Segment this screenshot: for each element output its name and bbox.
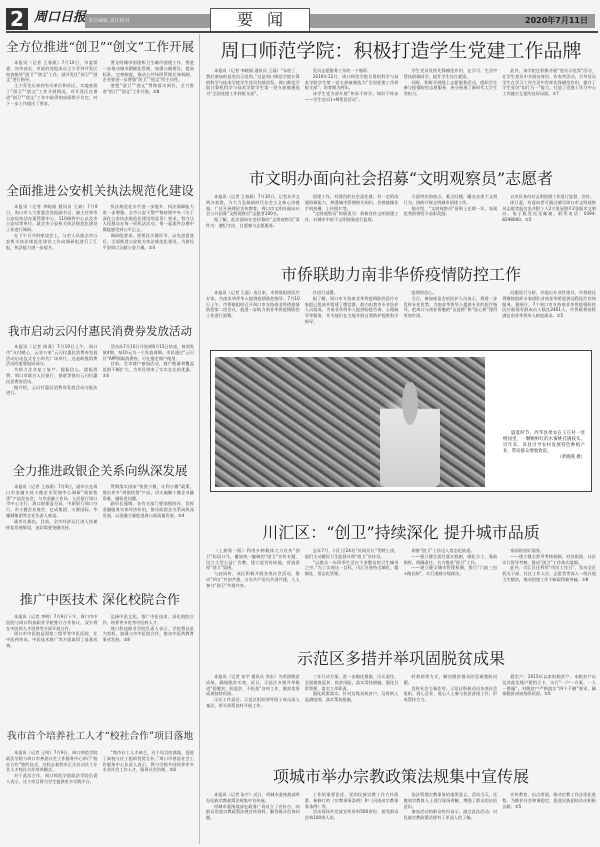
- article-column: 弘扬中医文化，推广中医技术，深化校院合作，培养更多优秀中医药人才。周口科技职业学…: [103, 614, 195, 649]
- article-column: 学生党员发挥先锋模范作用，在学习、生活中帮扶困难同学，提升学生综合素质。同时，积…: [404, 68, 498, 103]
- article-headline: 全方位推进“创卫”“创文”工作开展: [6, 38, 194, 56]
- article-zknu[interactable]: 周口师范学院：积极打造学生党建工作品牌 本报讯（记者 李晓丽 通讯员 王磊）“年…: [206, 38, 596, 138]
- article-column: 助推“创卫”工作迈入常态化轨道。——建立健全责任落实机制，细化分工，靠前指挥，明…: [404, 548, 498, 589]
- article-column: 本报讯（记者 朱宇）近日，项城市委统战部举办民族宗教政策法规集中宣传展。项城市委…: [206, 792, 300, 821]
- article-column: 作进行部署。据了解，周口市支持南非华侨疫情防控医疗专家组已组成并组建了微信群，群…: [305, 290, 399, 325]
- photo-caption: 盛夏时节，西华县果农在王庄村一处桃园里，一颗颗鲜红的水蜜桃挂满枝头。近年来，该县…: [503, 431, 585, 461]
- editor-bar: 责任编辑 责任校对: [85, 14, 210, 28]
- article-headline: 全面推进公安机关执法规范化建设: [6, 182, 194, 200]
- section-title: 要闻: [210, 8, 310, 32]
- article-column: 家园的良好氛围。——建立健全督导考核机制，对各街道、社区实行督导考核，推动“创卫…: [502, 548, 596, 589]
- article-column: 本报讯（记者 李晓丽 通讯员 王斌）7月9日，周口市人大常委会党组副书记、副主任…: [6, 204, 98, 250]
- article-headline: 市文明办面向社会招募“文明观察员”志愿者: [206, 168, 596, 190]
- article-column: 本报讯（记者 李晓丽 通讯员 王磊）“年底了，我们参加的是党员示范岗。”这是周口…: [206, 68, 300, 103]
- article-column: 本报讯（记者 王春燕）7月10日，市委常委、宣传部长、市政府党组成员王少青到开发…: [6, 60, 98, 106]
- article-column: 稳定户、2015年以来的脱贫户、未脱贫户以及其他边缘户建档立卡，实行“一户一方案…: [502, 674, 596, 709]
- page-number: 2: [6, 8, 28, 30]
- photo-subject: [380, 382, 440, 487]
- photo-credit: （黄晓燕 摄）: [503, 455, 585, 461]
- article-column: 党员志愿服务工作的一个缩影。2019年12月，周口师范学院计算机科学与技术学院学…: [305, 68, 399, 103]
- article-overseas-chinese[interactable]: 市侨联助力南非华侨疫情防控工作 本报讯（记者 王磊）连日来，市侨联组织医疗专家，…: [206, 264, 596, 346]
- column-divider: [199, 34, 200, 844]
- article-column: 创建工作，有强烈的社会责任感；有一定的沟通协调能力，熟悉城市管理相关知识，会熟练…: [305, 194, 399, 229]
- article-headline: 全力推进政银企关系向纵深发展: [6, 462, 194, 480]
- article-column: 以市民身份对文明创建工作进行监督、宣传。即日起，有意向者可通过填写周口市文明观察…: [502, 194, 596, 229]
- article-headline: 项城市举办宗教政策法规集中宣传展: [206, 766, 596, 788]
- article-headline: 推广中医技术 深化校院合作: [6, 592, 194, 610]
- article-column: 工作的重要论述、党的民族宗教工作方针政策、新修订的《宗教事务条例》和《河南省宗教…: [305, 792, 399, 821]
- article-column: 执法规范化水平进一步提升，执法保障能力进一步增强。全市公安干警严格按照中央《关于…: [103, 204, 195, 250]
- article-column: 贯彻落实国家“快贷小微，让利小微”政策，推出更多“周银快贷”产品，切实破解小微企…: [103, 484, 195, 530]
- article-headline: 我市启动云闪付惠民消费券发放活动: [6, 322, 194, 340]
- article-religious-policy[interactable]: 项城市举办宗教政策法规集中宣传展 本报讯（记者 朱宇）近日，项城市委统战部举办民…: [206, 766, 596, 846]
- article-column: 此外，该学院还积极开展“党员示范岗”活动，在学生党员中开展亮身份、作表率活动，引…: [502, 68, 596, 103]
- article-column: 依法管理宗教事务的重要意义。活动当天，还邀请宗教界人士进行现场讲解，增强了群众的…: [404, 792, 498, 821]
- article-column: 本报讯（记者 王磊）连日来，市侨联组织医疗专家，为南非华侨华人提供疫情防控指导。…: [206, 290, 300, 325]
- article-column: 本报讯（记者 朱宇 通讯员 李东）为巩固脱贫成果，确保脱贫实效，近日，示范区多措…: [206, 674, 300, 709]
- article-headline: 我市首个培养社工人才“校社合作”项目落地: [6, 728, 194, 746]
- article-column: 本报讯（记者 王春燕）7月9日，副市长在周口市金融支持小微企业发展中心调研“周银…: [6, 484, 98, 530]
- header-rule: [6, 31, 598, 33]
- article-column: 三年行动方案，进一步细化措施，压实责任，全面排查返贫、致贫风险，落实帮扶措施，强…: [305, 674, 399, 709]
- article-chuangwei[interactable]: 全方位推进“创卫”“创文”工作开展 本报讯（记者 王春燕）7月10日，市委常委、…: [6, 38, 194, 178]
- article-column: 要文明城市创建和卫生城市创建工作，要进一步推动城市精细化管理，加强公厕建设，提高…: [103, 60, 195, 106]
- article-column: 问题进行分析，并提出专业性建议。市侨联还将继续组织专家团队对南非华侨提供远程医疗…: [502, 290, 596, 325]
- page-header: 2 周口日报 责任编辑 责任校对 要闻 2020年7月11日: [0, 0, 600, 32]
- article-civilization[interactable]: 市文明办面向社会招募“文明观察员”志愿者 本报讯（记者 王春燕）7月10日，记者…: [206, 168, 596, 260]
- article-column: 本报讯（记者 王春燕）7月10日，记者从市文明办获悉，为大力弘扬新时代社会主义核…: [206, 194, 300, 229]
- article-column: “我市社工人才缺乏，这个项目的落地，促进了高校与社工组织优势互补。”周口市善思社…: [103, 750, 195, 785]
- news-photo[interactable]: [215, 357, 485, 487]
- article-police[interactable]: 全面推进公安机关执法规范化建设 本报讯（记者 李晓丽 通讯员 王斌）7月9日，周…: [6, 182, 194, 322]
- article-poverty[interactable]: 示范区多措并举巩固脱贫成果 本报讯（记者 朱宇 通讯员 李东）为巩固脱贫成果，确…: [206, 648, 596, 760]
- article-headline: 示范区多措并举巩固脱贫成果: [206, 648, 596, 670]
- article-column: 本报讯（记者 陈燕）7月10日上午，周口市“支付暖心，云享万家”云闪付惠民消费券…: [6, 344, 98, 396]
- article-column: 宣传教育，以点带面，推动宗教工作法治化进程，为维护社会和谐稳定，促进民族团结作出…: [502, 792, 596, 821]
- newspaper-masthead: 周口日报: [34, 10, 86, 26]
- article-column: 去年7月，川汇区24名“民间河长”受聘上岗，他们主动做好卫生监督员和“创卫”宣传…: [305, 548, 399, 589]
- article-yunshanfu[interactable]: 我市启动云闪付惠民消费券发放活动 本报讯（记者 陈燕）7月10日上午，周口市“支…: [6, 322, 194, 462]
- article-column: 时救助等方式，解决脱贫群众的急难愁盼问题。发挥社会力量作用。示范区积极动员各类社…: [404, 674, 498, 709]
- article-column: （上接第一版）利用多种载体大力宣传“创卫”标语口号，播放统一编制的“创卫”宣传专…: [206, 548, 300, 589]
- article-gov-bank[interactable]: 全力推进政银企关系向纵深发展 本报讯（记者 王春燕）7月9日，副市长在周口市金融…: [6, 462, 194, 590]
- article-headline: 市侨联助力南非华侨疫情防控工作: [206, 264, 596, 286]
- article-column: 活动从7月10日开始到8月15日结束，每周发放4期，每10元为一个发放周期。市民…: [103, 344, 195, 396]
- article-headline: 周口师范学院：积极打造学生党建工作品牌: [206, 38, 596, 64]
- article-chuanhui[interactable]: 川汇区：“创卫”持续深化 提升城市品质 （上接第一版）利用多种载体大力宣传“创卫…: [206, 522, 596, 634]
- article-column: 本报讯（记者 李明）7月9日下午，周口市中医院与周口科技职业学院签订合作协议，双…: [6, 614, 98, 649]
- article-column: 方面突出的热点、难点问题，曝光各类不文明行为，协助开展文明城市创建工作。据介绍，…: [404, 194, 498, 229]
- article-column: 疫情的信心。当日，参加座谈会的医护人员表示，将进一步发挥专业优势，为南非华侨华人…: [404, 290, 498, 325]
- article-school-social[interactable]: 我市首个培养社工人才“校社合作”项目落地 本报讯（记者 王明）7月9日，周口师范…: [6, 728, 194, 844]
- article-column: 本报讯（记者 王明）7月9日，周口师范学院政法学院与周口市善思社会工作服务中心举…: [6, 750, 98, 785]
- issue-date: 2020年7月11日: [525, 14, 588, 28]
- article-tcm[interactable]: 推广中医技术 深化校院合作 本报讯（记者 李明）7月9日下午，周口市中医院与周口…: [6, 592, 194, 722]
- news-photo-frame: 盛夏时节，西华县果农在王庄村一处桃园里，一颗颗鲜红的水蜜桃挂满枝头。近年来，该县…: [210, 350, 592, 492]
- article-headline: 川汇区：“创卫”持续深化 提升城市品质: [206, 522, 596, 544]
